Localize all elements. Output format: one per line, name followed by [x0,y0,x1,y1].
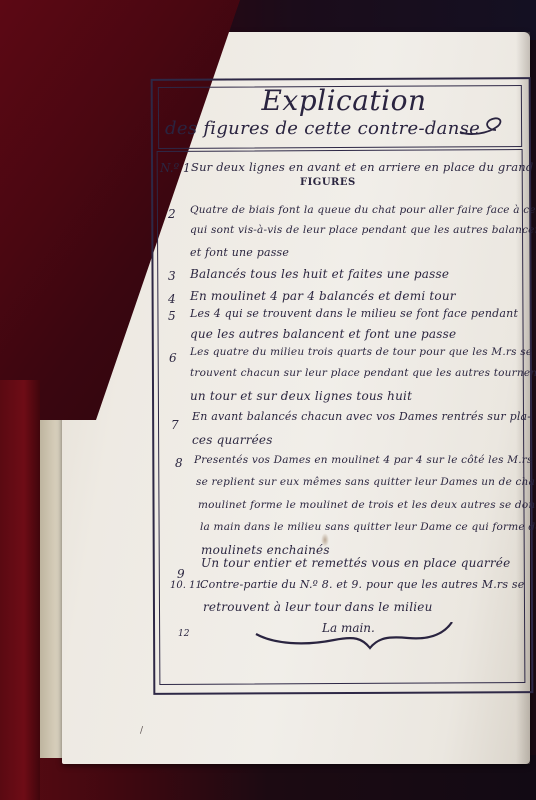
entry-line: ces quarrées [192,433,273,447]
bottom-flourish-icon [254,622,454,658]
velvet-drape-lower [0,380,40,800]
entry-line: En moulinet 4 par 4 balancés et demi tou… [190,289,456,303]
entry-line: Les quatre du milieu trois quarts de tou… [190,346,532,358]
entry-line: la main dans le milieu sans quitter leur… [200,521,536,533]
entry-line: qui sont vis-à-vis de leur place pendant… [190,224,536,236]
entry-line: Balancés tous les huit et faites une pas… [190,267,449,281]
margin-pencil-mark: / [140,726,143,736]
entry-line: Les 4 qui se trouvent dans le milieu se … [190,307,518,320]
section-heading: FIGURES [300,177,356,188]
entry-line: se replient sur eux mêmes sans quitter l… [196,476,536,488]
entry-line: moulinets enchainés [201,543,330,557]
entry-line: Un tour entier et remettés vous en place… [201,556,510,570]
paper-stain [321,533,329,547]
entry-number: N.º 1 [160,161,191,175]
entry-line: que les autres balancent et font une pas… [190,327,456,341]
entry-line: et font une passe [190,246,289,259]
entry-number: 8 [175,456,183,470]
entry-line: Contre-partie du N.º 8. et 9. pour que l… [200,578,524,591]
entry-number: 7 [171,418,179,432]
entry-number: 2 [168,207,176,221]
title-flourish-icon [458,110,508,140]
entry-number: 4 [168,292,176,306]
entry-number: 9 [177,567,185,581]
entry-number: 12 [178,629,189,639]
entry-number: 3 [168,269,176,283]
entry-line: retrouvent à leur tour dans le milieu [203,600,433,614]
entry-line: un tour et sur deux lignes tous huit [190,389,412,403]
entry-number: 5 [168,309,176,323]
entry-line: trouvent chacun sur leur place pendant q… [190,367,536,379]
page-subtitle: des figures de cette contre-danse [165,118,505,139]
photo-scene: Explication des figures de cette contre-… [0,0,536,800]
entry-line: Quatre de biais font la queue du chat po… [190,204,536,216]
entry-number: 6 [169,351,177,365]
entry-line: Presentés vos Dames en moulinet 4 par 4 … [194,454,533,466]
entry-line: moulinet forme le moulinet de trois et l… [198,499,536,511]
entry-line: En avant balancés chacun avec vos Dames … [192,410,531,423]
entry-line: Sur deux lignes en avant et en arriere e… [191,160,536,174]
